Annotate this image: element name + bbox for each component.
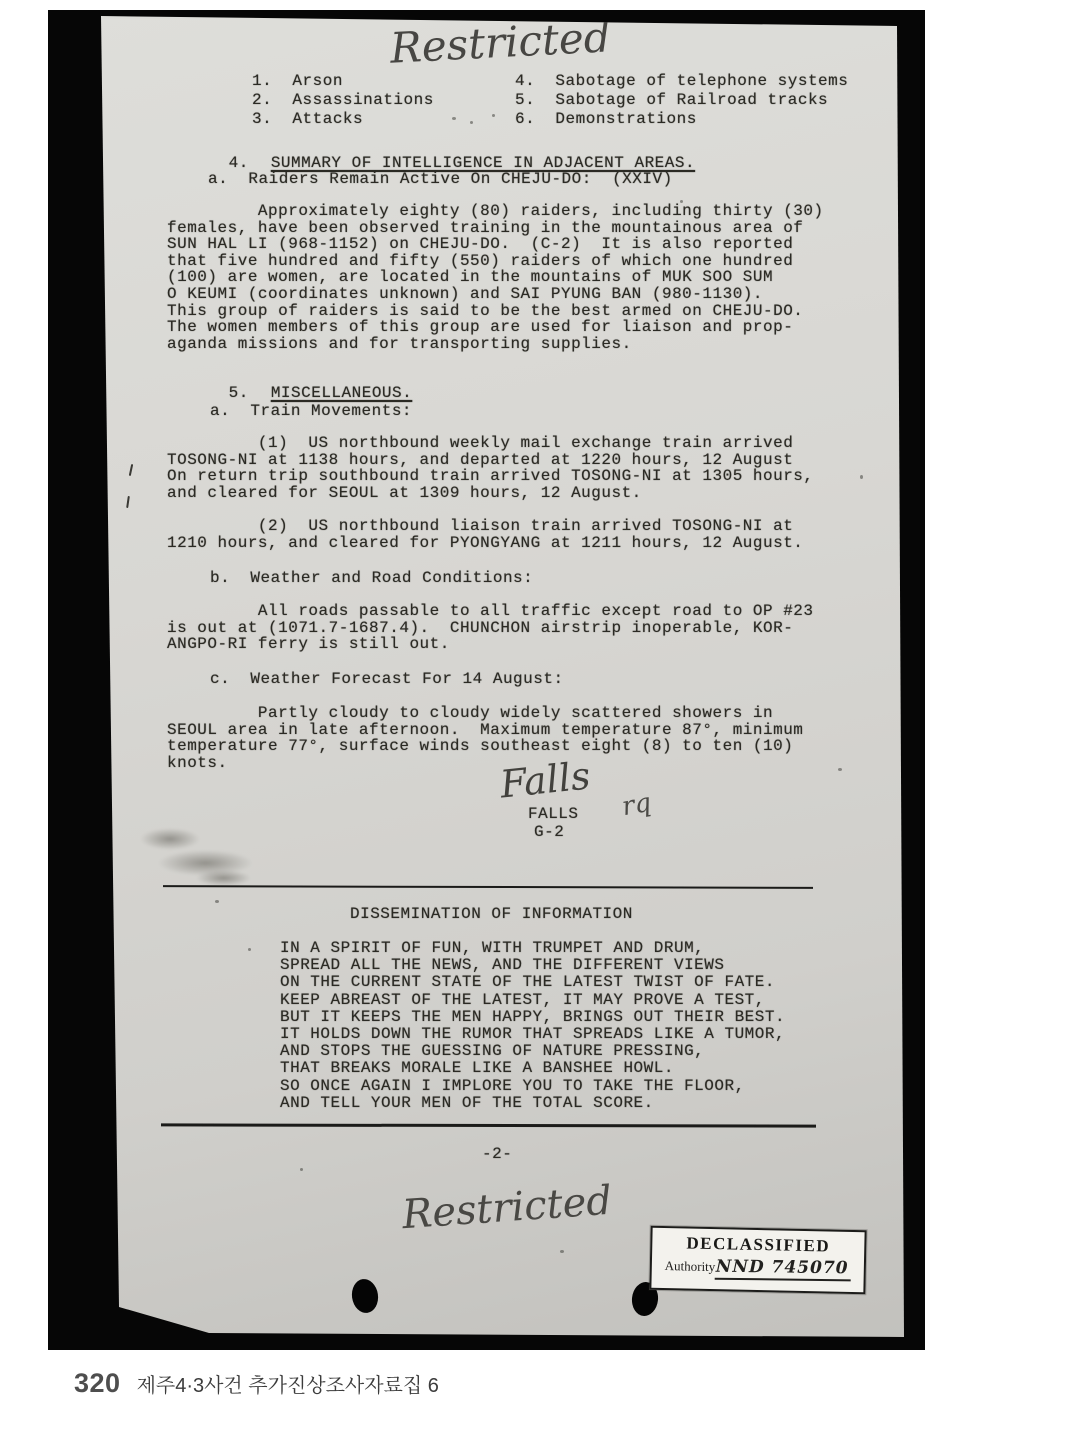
signature-initials: rq	[620, 788, 654, 823]
section-5-title: MISCELLANEOUS.	[271, 384, 412, 402]
section-5-item-c: c. Weather Forecast For 14 August:	[210, 671, 564, 688]
incident-list-col1: 1. Arson 2. Assassinations 3. Attacks	[252, 72, 434, 129]
classification-handwritten-bottom: Restricted	[401, 1178, 614, 1239]
scan-speck	[492, 114, 495, 117]
section-4-item-a: a. Raiders Remain Active On CHEJU-DO: (X…	[208, 171, 673, 188]
section-5-item-b: b. Weather and Road Conditions:	[210, 570, 533, 587]
scan-smudge	[196, 870, 251, 886]
scan-smudge	[140, 828, 200, 850]
book-caption: 제주4·3사건 추가진상조사자료집 6	[137, 1369, 439, 1398]
section-5-number: 5.	[229, 384, 249, 402]
signature-typed-unit: G-2	[534, 824, 564, 841]
scan-pen-tick	[126, 496, 130, 508]
book-page-number: 320	[74, 1368, 121, 1399]
declassified-stamp-authority: AuthorityNND 745070	[652, 1255, 864, 1282]
scan-speck	[680, 200, 683, 203]
scan-speck	[248, 948, 251, 951]
scan-pen-tick	[129, 464, 133, 476]
incident-list-col2: 4. Sabotage of telephone systems 5. Sabo…	[515, 72, 848, 129]
scan-speck	[215, 900, 219, 903]
punch-hole-left	[350, 1277, 380, 1314]
divider-rule-bottom	[161, 1123, 816, 1127]
train-paragraph-1: (1) US northbound weekly mail exchange t…	[167, 435, 814, 501]
scan-speck	[470, 121, 473, 124]
declassified-stamp: DECLASSIFIED AuthorityNND 745070	[649, 1226, 866, 1295]
document-page-number: -2-	[482, 1146, 512, 1163]
authority-value-handwritten: NND 745070	[715, 1257, 851, 1282]
section-4-number: 4.	[229, 154, 249, 172]
section-4-paragraph: Approximately eighty (80) raiders, inclu…	[167, 203, 824, 352]
declassified-stamp-title: DECLASSIFIED	[652, 1233, 864, 1257]
dissemination-poem: IN A SPIRIT OF FUN, WITH TRUMPET AND DRU…	[280, 940, 785, 1112]
scan-speck	[452, 117, 456, 120]
train-paragraph-2: (2) US northbound liaison train arrived …	[167, 518, 803, 551]
page: Restricted 1. Arson 2. Assassinations 3.…	[0, 0, 1080, 1439]
signature-handwritten: Falls	[498, 753, 592, 806]
divider-rule-top	[163, 885, 813, 889]
authority-label: Authority	[665, 1258, 716, 1274]
scan-speck	[860, 475, 863, 479]
road-conditions-paragraph: All roads passable to all traffic except…	[167, 603, 814, 653]
section-4-title: SUMMARY OF INTELLIGENCE IN ADJACENT AREA…	[271, 154, 695, 172]
scan-speck	[300, 1168, 303, 1171]
section-5-item-a: a. Train Movements:	[210, 403, 412, 420]
weather-forecast-paragraph: Partly cloudy to cloudy widely scattered…	[167, 705, 803, 771]
dissemination-title: DISSEMINATION OF INFORMATION	[350, 906, 633, 923]
scan-speck	[560, 1250, 564, 1253]
scan-speck	[838, 768, 842, 771]
signature-typed-name: FALLS	[528, 806, 579, 823]
book-footer: 320 제주4·3사건 추가진상조사자료집 6	[74, 1368, 439, 1399]
